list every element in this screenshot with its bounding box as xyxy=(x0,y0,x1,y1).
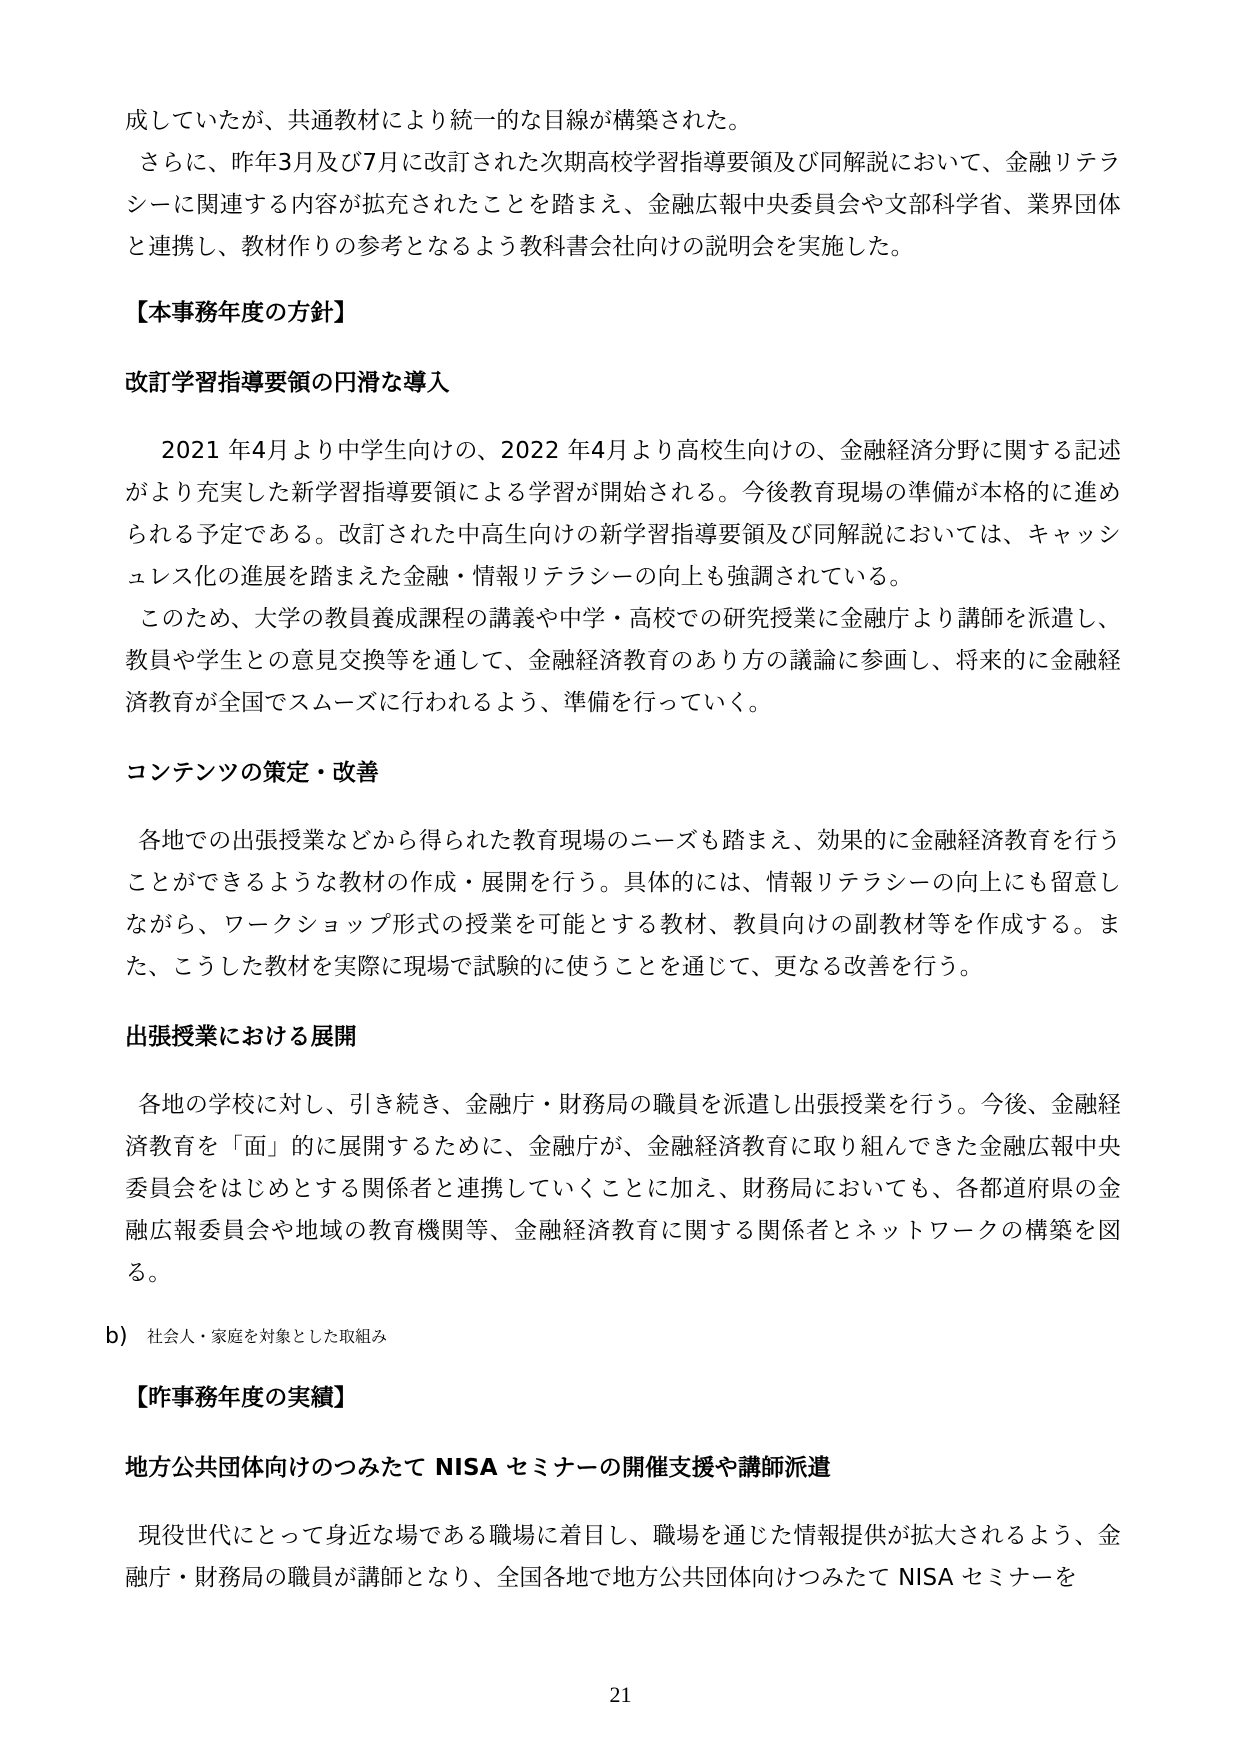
heading-demae-tenkai: 出張授業における展開 xyxy=(125,1016,1121,1058)
paragraph-kyozai-sakusei: 各地での出張授業などから得られた教育現場のニーズも踏まえ、効果的に金融経済教育を… xyxy=(125,820,1121,988)
paragraph-sarani-kaitei: さらに、昨年3月及び7月に改訂された次期高校学習指導要領及び同解説において、金融… xyxy=(125,142,1121,268)
heading-honnendo-policy: 【本事務年度の方針】 xyxy=(125,292,1121,334)
heading-b-shakaijin-katei: b) 社会人・家庭を対象とした取組み xyxy=(105,1324,1101,1349)
heading-kaitei-curriculum: 改訂学習指導要領の円滑な導入 xyxy=(125,362,1121,404)
paragraph-konotame-dispatch: このため、大学の教員養成課程の講義や中学・高校での研究授業に金融庁より講師を派遣… xyxy=(125,598,1121,724)
heading-b-label: 社会人・家庭を対象とした取組み xyxy=(147,1324,387,1349)
heading-contents-improvement: コンテンツの策定・改善 xyxy=(125,752,1121,794)
heading-nisa-seminar: 地方公共団体向けのつみたて NISA セミナーの開催支援や講師派遣 xyxy=(125,1447,1121,1489)
document-body: 成していたが、共通教材により統一的な目線が構築された。 さらに、昨年3月及び7月… xyxy=(125,100,1121,1599)
paragraph-geneki-sedai: 現役世代にとって身近な場である職場に着目し、職場を通じた情報提供が拡大されるよう… xyxy=(125,1515,1121,1599)
page-number: 21 xyxy=(0,1682,1241,1708)
document-page: 成していたが、共通教材により統一的な目線が構築された。 さらに、昨年3月及び7月… xyxy=(0,0,1241,1754)
heading-sakunendo-results: 【昨事務年度の実績】 xyxy=(125,1377,1121,1419)
paragraph-2021-curriculum: 2021 年4月より中学生向けの、2022 年4月より高校生向けの、金融経済分野… xyxy=(125,430,1121,598)
list-marker-b: b) xyxy=(105,1324,147,1349)
paragraph-continuation-from-previous-page: 成していたが、共通教材により統一的な目線が構築された。 xyxy=(125,100,1121,142)
paragraph-demae-jugyo: 各地の学校に対し、引き続き、金融庁・財務局の職員を派遣し出張授業を行う。今後、金… xyxy=(125,1084,1121,1294)
